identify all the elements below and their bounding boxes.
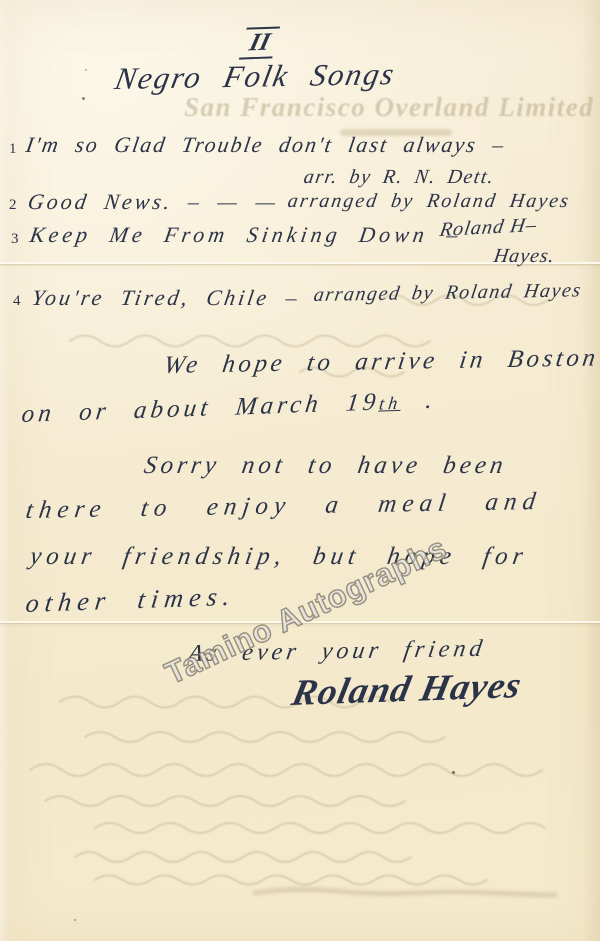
letter-scan: San Francisco Overland Limited II Negro …: [0, 0, 600, 941]
song-title: I'm so Glad Trouble don't last always –: [24, 132, 507, 158]
signature: Roland Hayes: [288, 664, 526, 715]
body-line-end: .: [400, 387, 438, 415]
date-ordinal: th: [378, 393, 403, 414]
song-credit: arr. by R. N. Dett.: [302, 166, 496, 189]
song-credit: arranged by Roland Hayes: [312, 279, 584, 307]
song-number: 2: [9, 197, 17, 214]
song-number: 4: [13, 293, 21, 310]
song-title: Good News. – — —: [26, 189, 280, 215]
body-line: Sorry not to have been: [142, 452, 509, 480]
song-number: 3: [11, 231, 19, 248]
song-number: 1: [9, 141, 17, 158]
song-title: You're Tired, Chile –: [30, 285, 302, 311]
song-credit: arranged by Roland Hayes: [286, 190, 572, 213]
page-title: Negro Folk Songs: [112, 56, 399, 97]
song-title: Keep Me From Sinking Down –: [28, 222, 464, 248]
song-credit-overflow: Hayes.: [492, 245, 557, 268]
